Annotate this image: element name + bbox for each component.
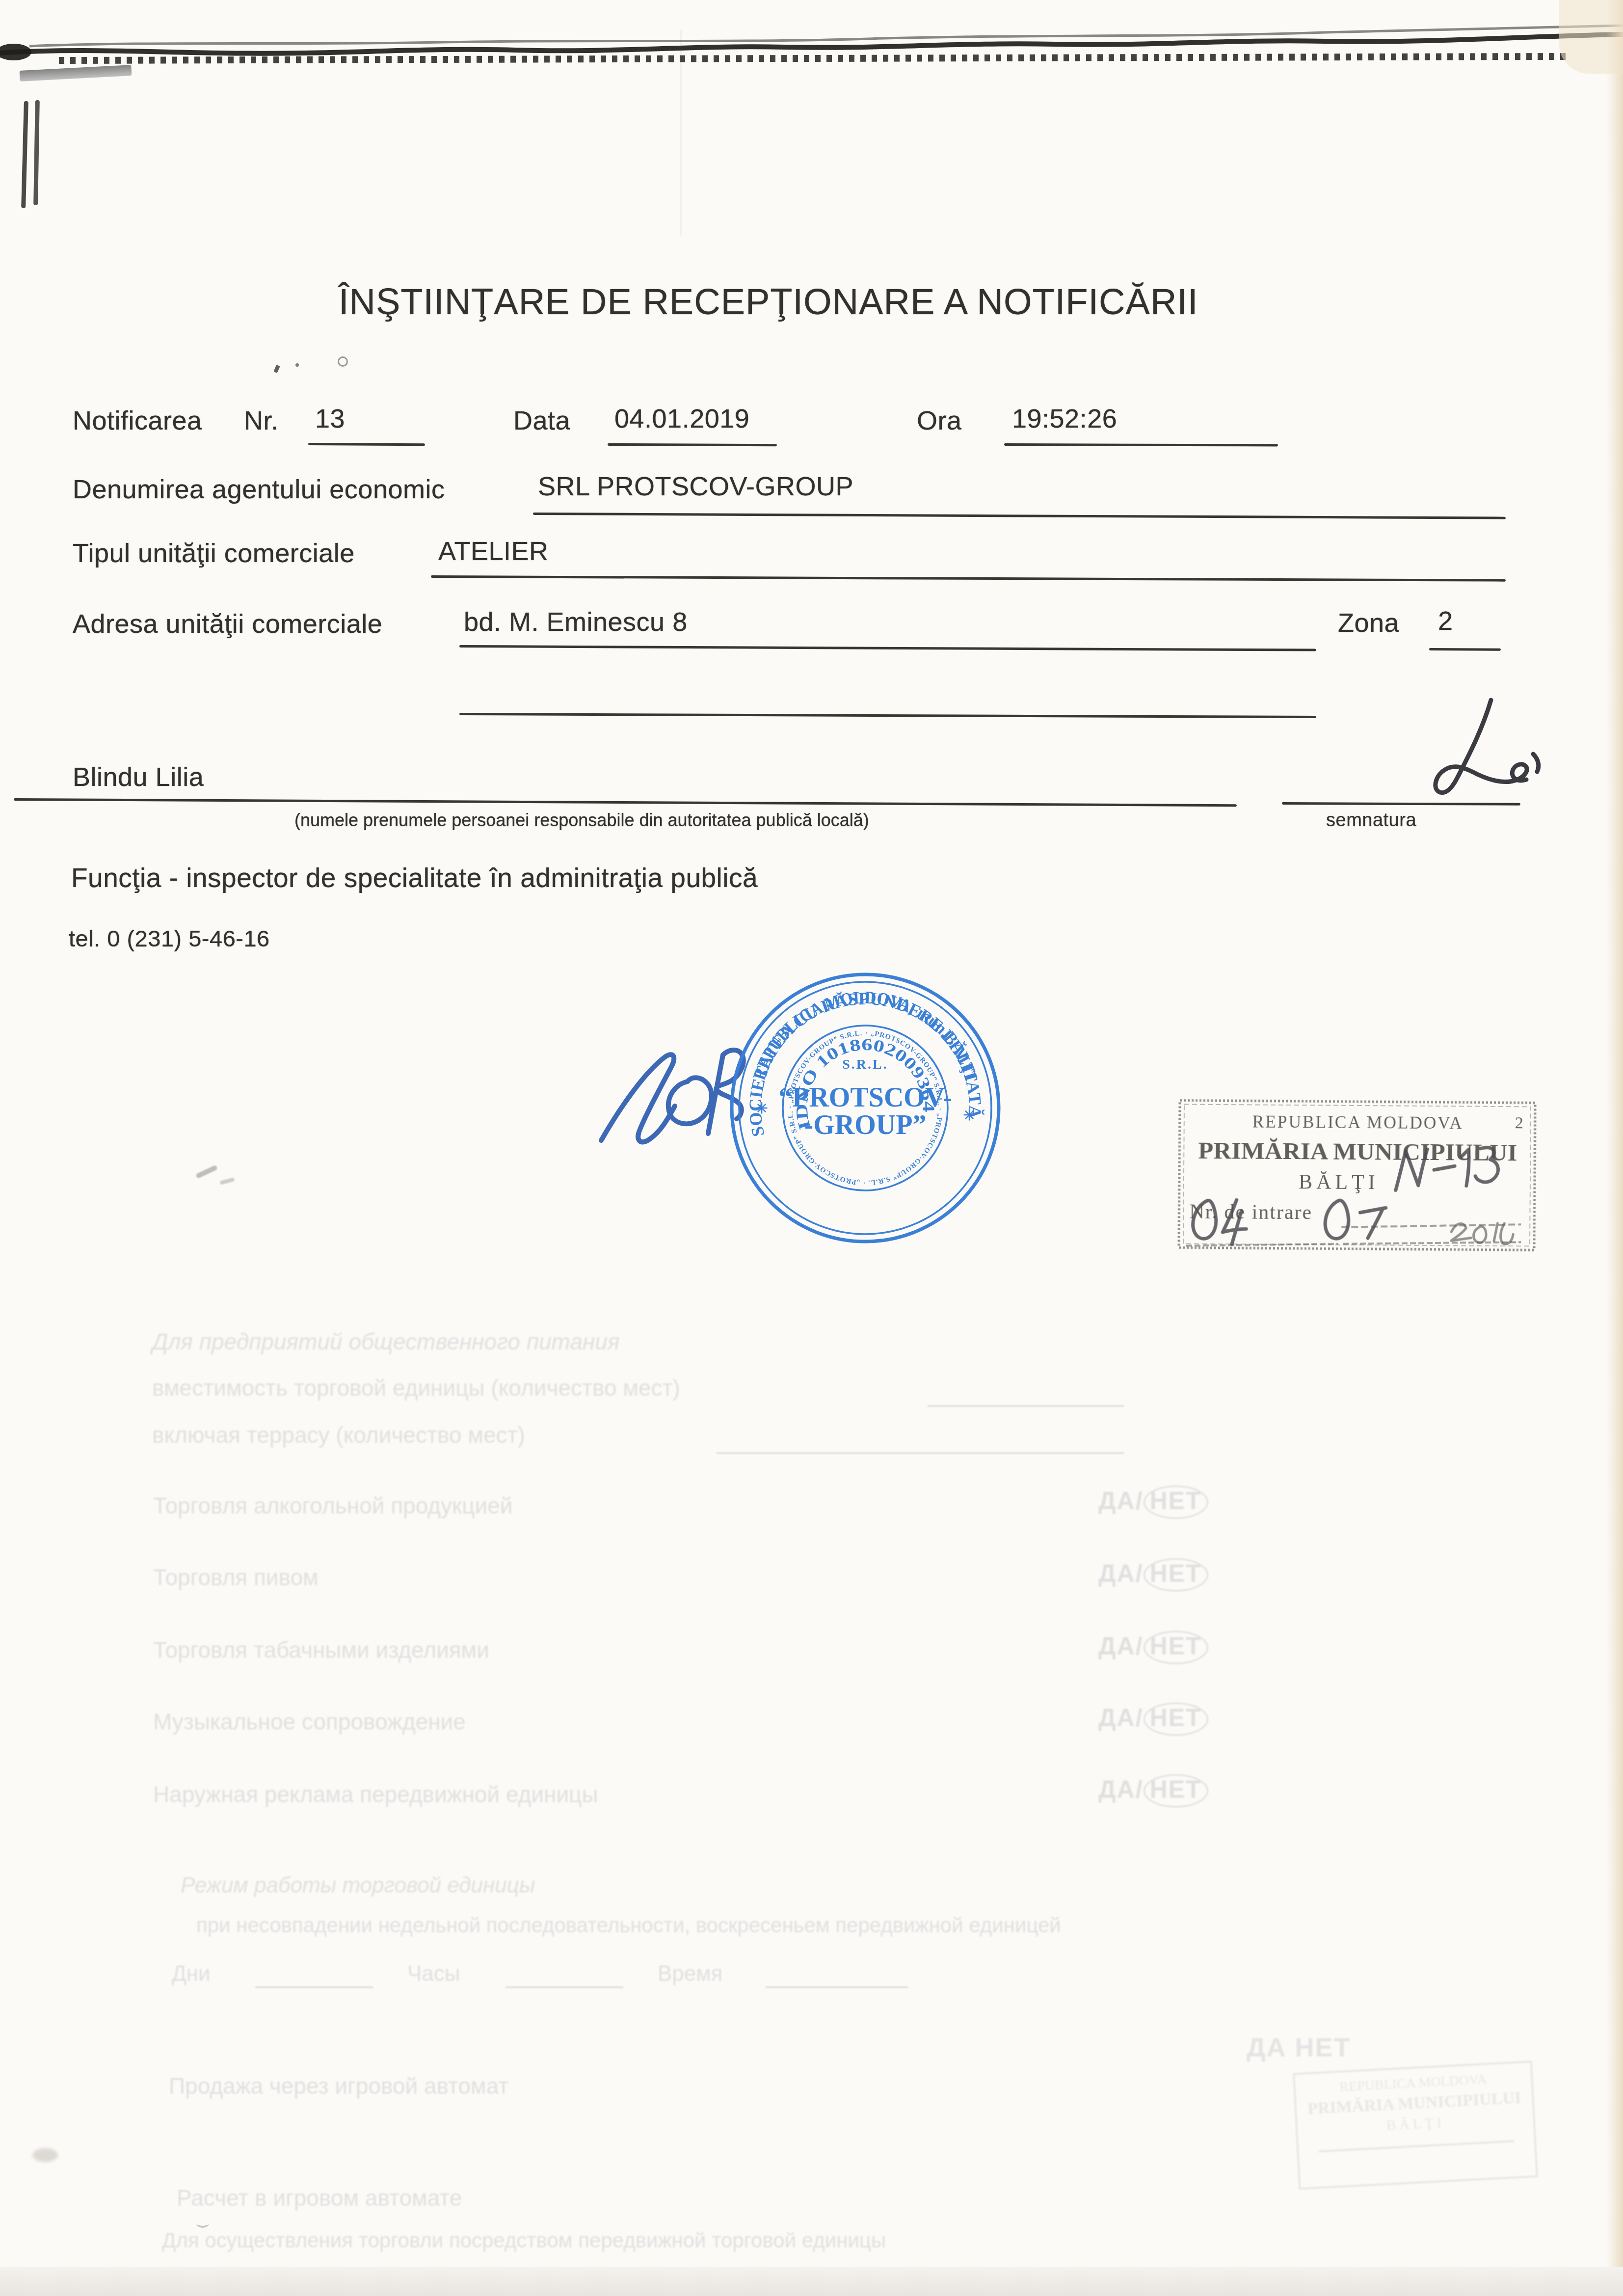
bleed-item-label: Торговля табачными изделиями	[153, 1637, 489, 1663]
handwritten-month-01	[1325, 1200, 1386, 1239]
bleed-item-label: Торговля пивом	[153, 1564, 319, 1591]
label-tip: Tipul unităţii comerciale	[73, 538, 355, 568]
responsible-caption: (numele prenumele persoanei responsabile…	[294, 810, 869, 831]
tiny-mark	[196, 2219, 209, 2228]
bleed-net: НЕТ	[1144, 1486, 1208, 1519]
stamp-center-name-1: “PROTSCOV-	[778, 1082, 952, 1113]
value-ora: 19:52:26	[1012, 404, 1117, 434]
underline-agent	[533, 513, 1506, 519]
label-adresa: Adresa unităţii comerciale	[73, 609, 382, 639]
underline-adresa	[459, 645, 1316, 651]
bleed-danet: ДА/НЕТ	[1098, 1703, 1208, 1732]
label-data: Data	[513, 405, 570, 436]
bleed-underline	[928, 1405, 1124, 1407]
bleed-item-label: Наружная реклама передвижной единицы	[153, 1781, 598, 1808]
underline-adresa-2	[459, 713, 1316, 718]
bleed-danet: ДА/НЕТ	[1098, 1559, 1208, 1588]
pencil-smudge	[195, 1165, 218, 1179]
bleed-net: НЕТ	[1144, 1774, 1208, 1808]
bleed-danet: ДА/НЕТ	[1098, 1632, 1208, 1660]
underline-tip	[431, 575, 1506, 582]
bleed-da: ДА/	[1098, 1487, 1144, 1514]
bleed-underline	[255, 1986, 373, 1988]
bottom-edge-band	[0, 2267, 1623, 2296]
stamp-center-srl: S.R.L.	[842, 1057, 888, 1072]
star-icon-left: ✳	[755, 1101, 768, 1117]
ink-speck	[338, 356, 348, 367]
top-right-corner-tint	[1559, 0, 1623, 74]
bleed-intro-2: вместимость торговой единицы (количество…	[152, 1375, 680, 1401]
bleed-net: НЕТ	[1295, 2033, 1351, 2062]
bleed-danet: ДА/НЕТ	[1098, 1775, 1208, 1804]
star-icon-right: ✳	[963, 1107, 975, 1124]
underline-ora	[1004, 443, 1278, 446]
signature-ink-black	[1335, 696, 1541, 809]
rect-stamp-nr-intrare: Nr. de intrare	[1189, 1201, 1312, 1224]
semnatura-label: semnatura	[1326, 810, 1416, 831]
bleed-da: ДА/	[1098, 1776, 1144, 1803]
ghost-stamp-scribble	[1318, 2140, 1515, 2152]
underline-data	[608, 443, 777, 446]
underline-nr	[308, 443, 425, 446]
bleed-net: НЕТ	[1144, 1558, 1208, 1592]
staple-leg-right	[33, 100, 40, 205]
rect-stamp-line1: REPUBLICA MOLDOVA	[1252, 1111, 1463, 1133]
right-edge-strip	[1606, 0, 1623, 2296]
ghost-rect-stamp: REPUBLICA MOLDOVA PRIMĂRIA MUNICIPIULUI …	[1293, 2060, 1538, 2189]
bleed-ghost-danet: ДА НЕТ	[1247, 2032, 1351, 2063]
bleed-net: НЕТ	[1144, 1631, 1208, 1664]
bleed-underline	[766, 1986, 908, 1988]
underline-zona	[1429, 648, 1501, 651]
bleed-underline	[717, 1452, 1124, 1454]
ink-speck	[273, 365, 280, 373]
scan-seam	[680, 29, 682, 236]
label-notificarea: Notificarea	[73, 405, 202, 436]
label-nr: Nr.	[244, 405, 279, 436]
rect-stamp-line3: BĂLŢI	[1299, 1171, 1379, 1194]
bleed-intro-1: Для предприятий общественного питания	[152, 1328, 619, 1355]
bleed-bottom-note: Для осуществления торговли посредством п…	[162, 2229, 886, 2252]
bleed-hours-label: Часы	[407, 1962, 460, 1986]
bleed-worktime-note: при несовпадении недельной последователь…	[196, 1914, 1061, 1937]
bleed-time-label: Время	[658, 1962, 722, 1986]
ink-speck	[295, 363, 299, 367]
bleed-intro-3: включая террасу (количество мест)	[152, 1422, 525, 1448]
value-tip: ATELIER	[438, 536, 549, 567]
bleed-da: ДА	[1247, 2033, 1286, 2062]
scanned-document-page: ÎNŞTIINŢARE DE RECEPŢIONARE A NOTIFICĂRI…	[0, 0, 1623, 2296]
bleed-da: ДА/	[1098, 1632, 1144, 1660]
pencil-smudge	[219, 1177, 235, 1185]
round-stamp: REPUBLICA MOLDOVA, mun.BĂLŢI SOCIETATEA …	[720, 963, 1010, 1253]
responsible-name: Blindu Lilia	[73, 762, 204, 792]
corner-smudge	[32, 2148, 58, 2162]
rect-stamp-corner: 2	[1515, 1114, 1523, 1132]
label-zona: Zona	[1338, 608, 1399, 638]
bleed-net: НЕТ	[1144, 1702, 1208, 1736]
functia-line: Funcţia - inspector de specialitate în a…	[71, 862, 758, 893]
bleed-danet: ДА/НЕТ	[1098, 1486, 1208, 1515]
bleed-underline	[506, 1986, 623, 1988]
bleed-auto-row2: Расчет в игровом автомате	[177, 2185, 462, 2211]
value-agent: SRL PROTSCOV-GROUP	[538, 471, 853, 502]
bleed-days-label: Дни	[172, 1962, 211, 1986]
bleed-item-label: Музыкальное сопровождение	[153, 1708, 466, 1735]
bleed-item-label: Торговля алкогольной продукцией	[153, 1492, 513, 1519]
rect-stamp: REPUBLICA MOLDOVA 2 PRIMĂRIA MUNICIPIULU…	[1176, 1096, 1543, 1256]
label-agent: Denumirea agentului economic	[73, 474, 445, 505]
stamp-center-name-2: -GROUP”	[804, 1110, 927, 1140]
bleed-da: ДА/	[1098, 1560, 1144, 1587]
underline-name	[14, 798, 1237, 807]
label-ora: Ora	[917, 405, 962, 436]
staple-leg-left	[21, 101, 28, 208]
value-adresa: bd. M. Eminescu 8	[464, 607, 688, 637]
page-title: ÎNŞTIINŢARE DE RECEPŢIONARE A NOTIFICĂRI…	[339, 281, 1198, 323]
tel-line: tel. 0 (231) 5-46-16	[69, 925, 270, 952]
value-nr: 13	[315, 404, 345, 434]
bleed-auto-row: Продажа через игровой автомат	[169, 2073, 508, 2099]
value-data: 04.01.2019	[614, 404, 749, 434]
bleed-worktime-title: Режим работы торговой единицы	[181, 1873, 535, 1898]
bleed-da: ДА/	[1098, 1704, 1144, 1731]
value-zona: 2	[1438, 606, 1453, 636]
